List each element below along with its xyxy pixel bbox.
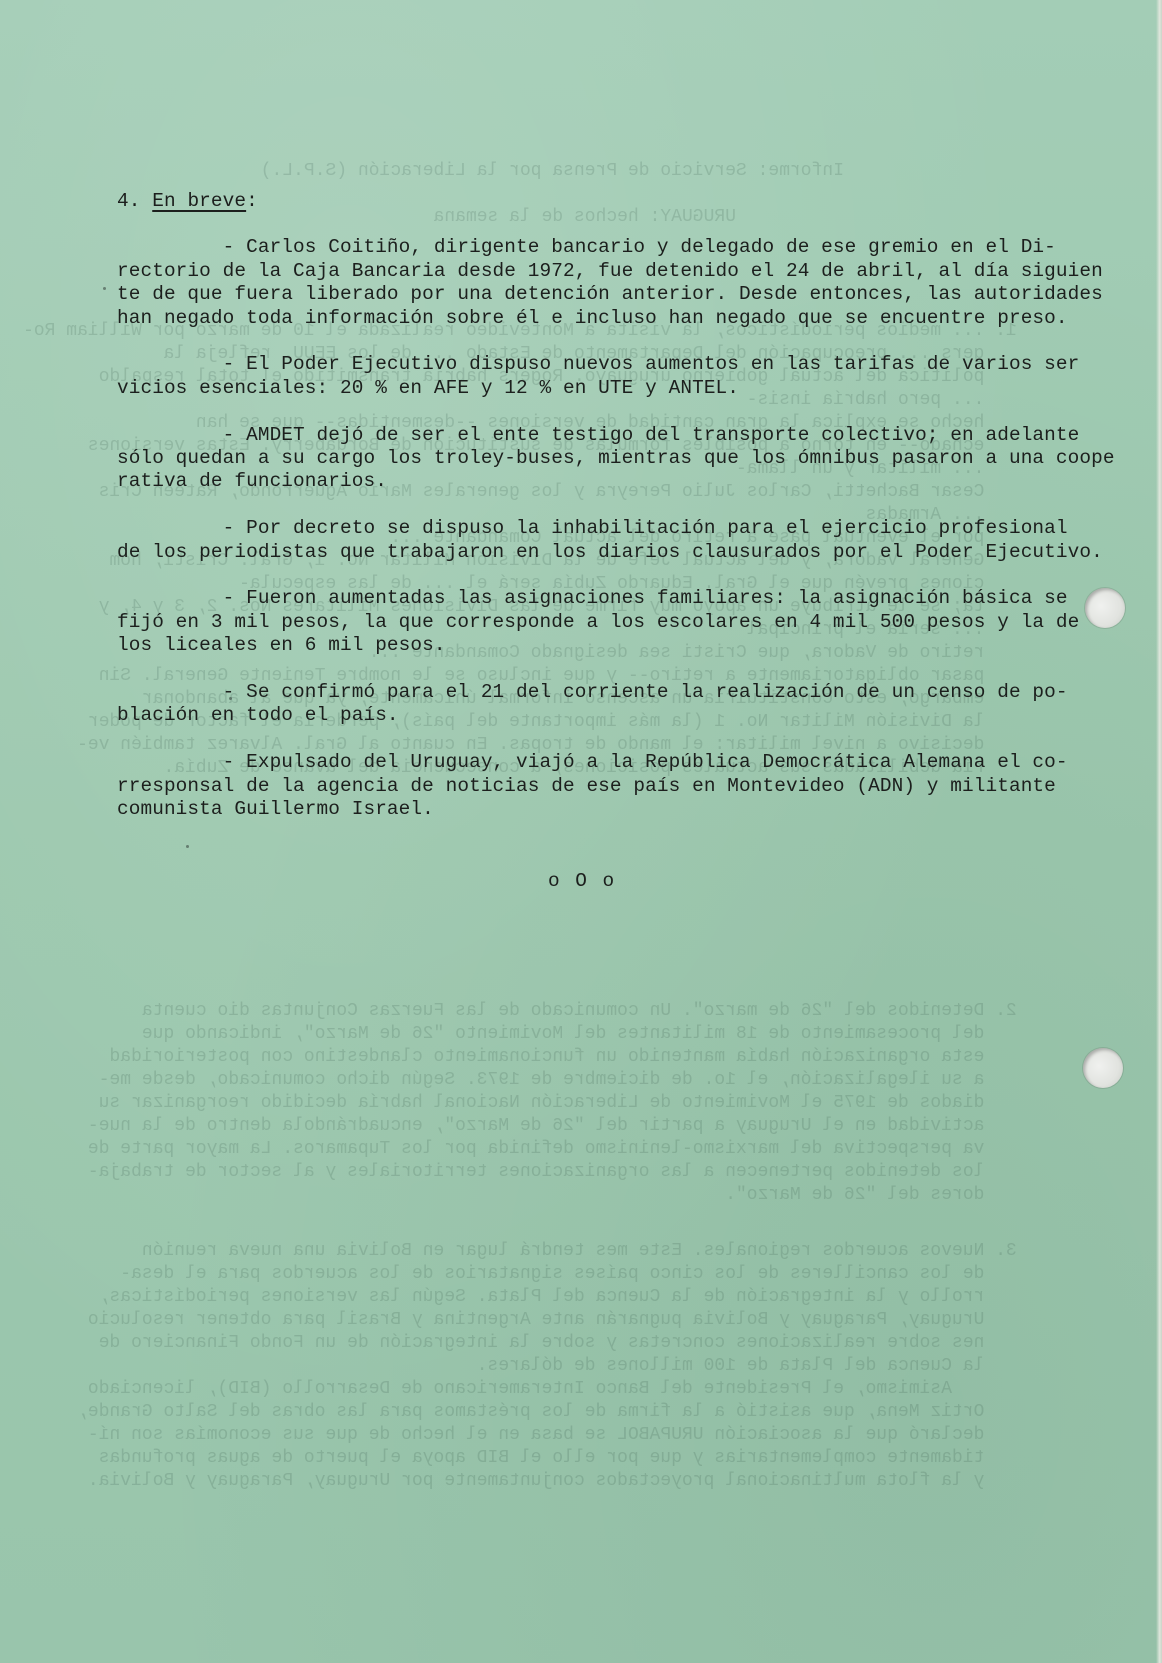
news-item-line: los liceales en 6 mil pesos. [117,634,1127,657]
section-title: En breve [152,190,246,212]
section-heading: 4. En breve: [117,190,1127,213]
news-item-line: - El Poder Ejecutivo dispuso nuevos aume… [117,353,1127,376]
news-item: - Carlos Coitiño, dirigente bancario y d… [117,236,1127,330]
punch-hole-lower [1083,1048,1123,1088]
news-item-line: de los periodistas que trabajaron en los… [117,541,1127,564]
section-title-suffix: : [246,190,258,212]
news-item-line: comunista Guillermo Israel. [117,798,1127,821]
document-body: 4. En breve: - Carlos Coitiño, dirigente… [117,190,1127,845]
news-item-line: - Por decreto se dispuso la inhabilitaci… [117,517,1127,540]
ink-speck [103,287,106,290]
ink-speck [186,845,189,848]
news-item-line: fijó en 3 mil pesos, la que corresponde … [117,611,1127,634]
news-item-line: sólo quedan a su cargo los troley-buses,… [117,447,1127,470]
news-item: - Expulsado del Uruguay, viajó a la Repú… [117,751,1127,821]
ink-speck [229,697,232,700]
page-edge [1156,0,1162,1663]
news-item-line: blación en todo el país. [117,704,1127,727]
punch-hole-upper [1085,588,1125,628]
news-item: - El Poder Ejecutivo dispuso nuevos aume… [117,353,1127,400]
news-item-line: - Se confirmó para el 21 del corriente l… [117,681,1127,704]
news-item-line: han negado toda información sobre él e i… [117,307,1127,330]
news-item-line: - Fueron aumentadas las asignaciones fam… [117,587,1127,610]
news-item-line: - Expulsado del Uruguay, viajó a la Repú… [117,751,1127,774]
news-item-line: rectorio de la Caja Bancaria desde 1972,… [117,260,1127,283]
news-item-line: vicios esenciales: 20 % en AFE y 12 % en… [117,377,1127,400]
news-item: - Se confirmó para el 21 del corriente l… [117,681,1127,728]
news-item-line: te de que fuera liberado por una detenci… [117,283,1127,306]
news-item-line: - Carlos Coitiño, dirigente bancario y d… [117,236,1127,259]
news-item: - AMDET dejó de ser el ente testigo del … [117,424,1127,494]
news-item: - Por decreto se dispuso la inhabilitaci… [117,517,1127,564]
news-item-line: rresponsal de la agencia de noticias de … [117,775,1127,798]
news-item-line: rativa de funcionarios. [117,470,1127,493]
news-item-line: - AMDET dejó de ser el ente testigo del … [117,424,1127,447]
news-item: - Fueron aumentadas las asignaciones fam… [117,587,1127,657]
news-items-list: - Carlos Coitiño, dirigente bancario y d… [117,236,1127,821]
section-number: 4. [117,190,140,212]
end-separator: o O o [548,870,616,892]
